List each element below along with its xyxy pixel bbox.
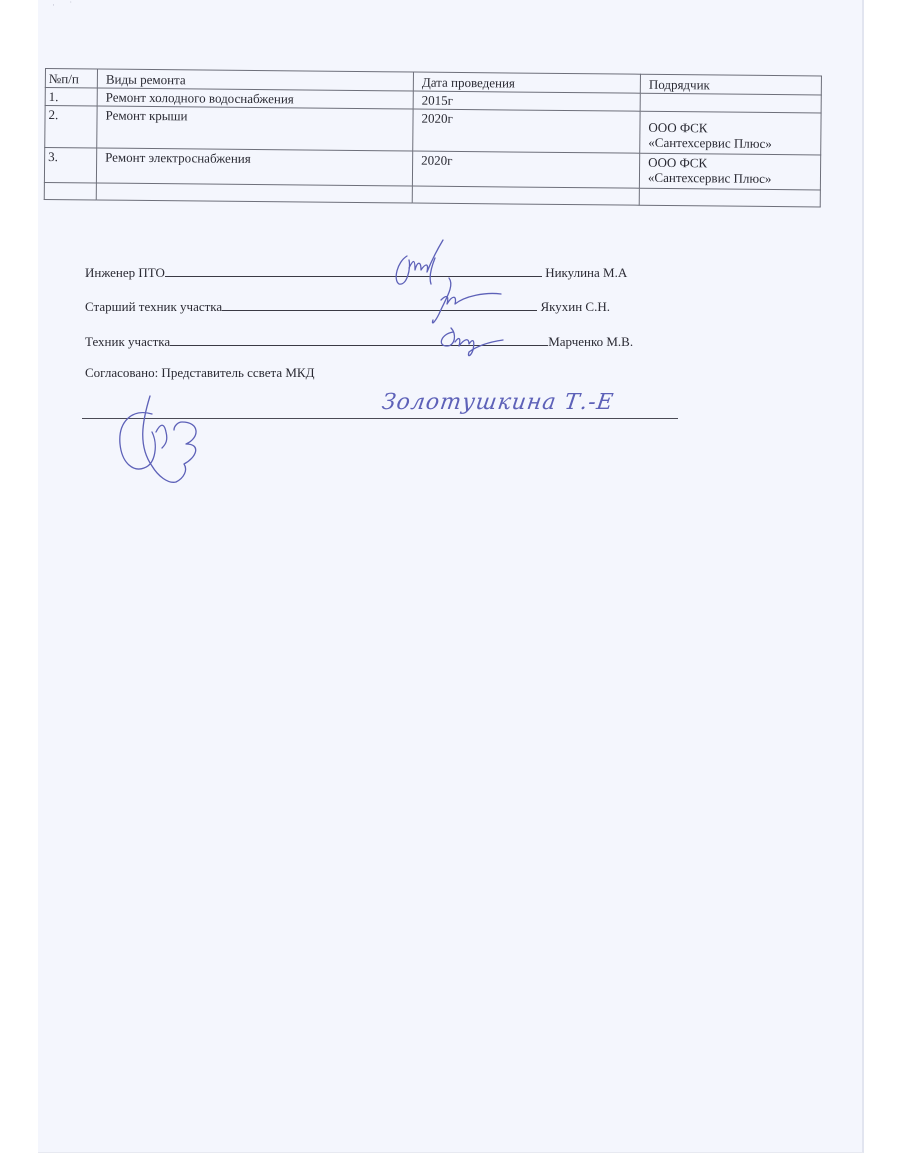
cell-date: 2015г bbox=[413, 91, 640, 111]
signature-line-senior-technician: Старший техник участка Якухин С.Н. bbox=[85, 298, 610, 315]
signature-line-technician: Техник участкаМарченко М.В. bbox=[85, 333, 633, 350]
cell-date: 2020г bbox=[413, 109, 640, 153]
contractor-line2: «Сантехсервис Плюс» bbox=[648, 170, 814, 187]
cell-empty bbox=[412, 186, 639, 205]
cell-repair-type: Ремонт крыши bbox=[97, 106, 413, 151]
signature-line-engineer: Инженер ПТО Никулина М.А bbox=[85, 264, 627, 281]
cell-empty bbox=[44, 182, 96, 199]
cell-empty bbox=[96, 183, 412, 203]
handwritten-signature-3 bbox=[435, 324, 525, 364]
cell-empty bbox=[639, 188, 820, 207]
header-date: Дата проведения bbox=[413, 72, 640, 93]
cell-number: 3. bbox=[44, 148, 96, 183]
contractor-line1: ООО ФСК bbox=[648, 120, 814, 137]
header-contractor: Подрядчик bbox=[640, 74, 821, 95]
cell-contractor: ООО ФСК «Сантехсервис Плюс» bbox=[640, 111, 821, 155]
contractor-line2: «Сантехсервис Плюс» bbox=[648, 135, 814, 152]
cell-date: 2020г bbox=[412, 151, 639, 188]
signature-role: Старший техник участка bbox=[85, 299, 222, 314]
signature-name: Якухин С.Н. bbox=[540, 299, 610, 314]
handwritten-signature-council bbox=[112, 392, 222, 492]
cell-number: 2. bbox=[45, 106, 97, 148]
repairs-table: №п/п Виды ремонта Дата проведения Подряд… bbox=[44, 68, 822, 207]
contractor-line1: ООО ФСК bbox=[648, 155, 814, 172]
signature-name: Никулина М.А bbox=[545, 265, 627, 280]
cell-contractor bbox=[640, 93, 821, 113]
table-row: 2. Ремонт крыши 2020г ООО ФСК «Сантехсер… bbox=[45, 106, 821, 155]
approval-handwritten-name: Золотушкина Т.-Е bbox=[380, 390, 615, 415]
signature-role: Инженер ПТО bbox=[85, 265, 165, 280]
header-number: №п/п bbox=[45, 69, 97, 88]
signature-name: Марченко М.В. bbox=[548, 334, 633, 349]
signature-role: Техник участка bbox=[85, 334, 170, 349]
cell-number: 1. bbox=[45, 88, 97, 106]
cell-contractor: ООО ФСК «Сантехсервис Плюс» bbox=[639, 153, 820, 190]
scan-artifact: · ˙ bbox=[52, 0, 92, 14]
cell-repair-type: Ремонт электроснабжения bbox=[96, 148, 412, 186]
approval-label: Согласовано: Представитель ссвета МКД bbox=[85, 365, 314, 381]
